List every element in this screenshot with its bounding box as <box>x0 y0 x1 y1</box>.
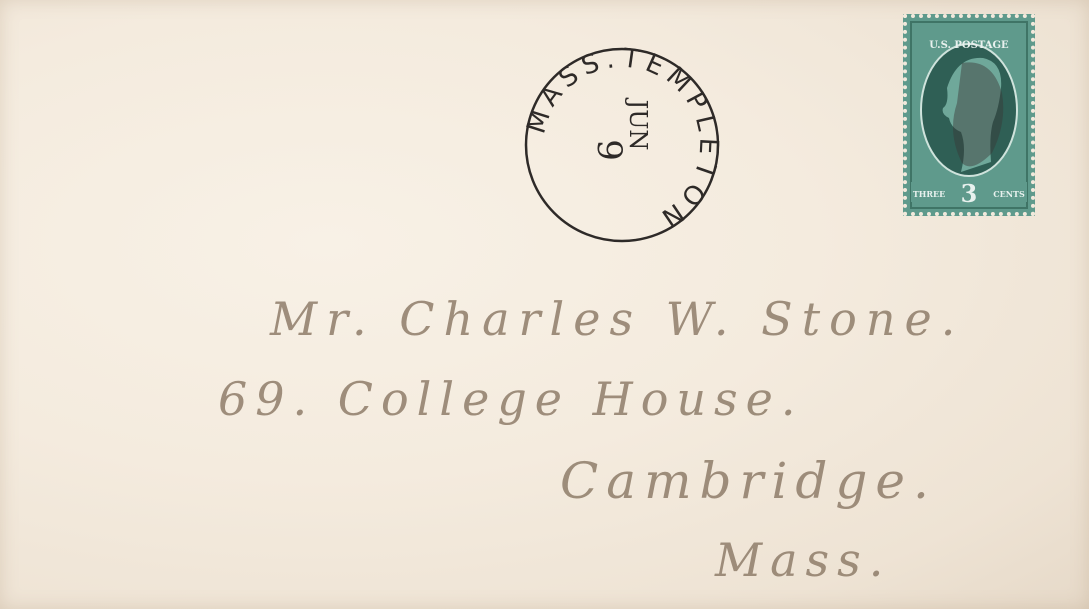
address-line-name: Mr. Charles W. Stone. <box>270 292 964 346</box>
address-line-city: Cambridge. <box>560 452 937 510</box>
address-line-state: Mass. <box>715 533 891 587</box>
handwritten-address: Mr. Charles W. Stone. 69. College House.… <box>0 0 1089 609</box>
envelope: TEMPLETON MASS. JUN 9 U.S. POSTAGE THREE… <box>0 0 1089 609</box>
address-line-street: 69. College House. <box>218 372 804 426</box>
